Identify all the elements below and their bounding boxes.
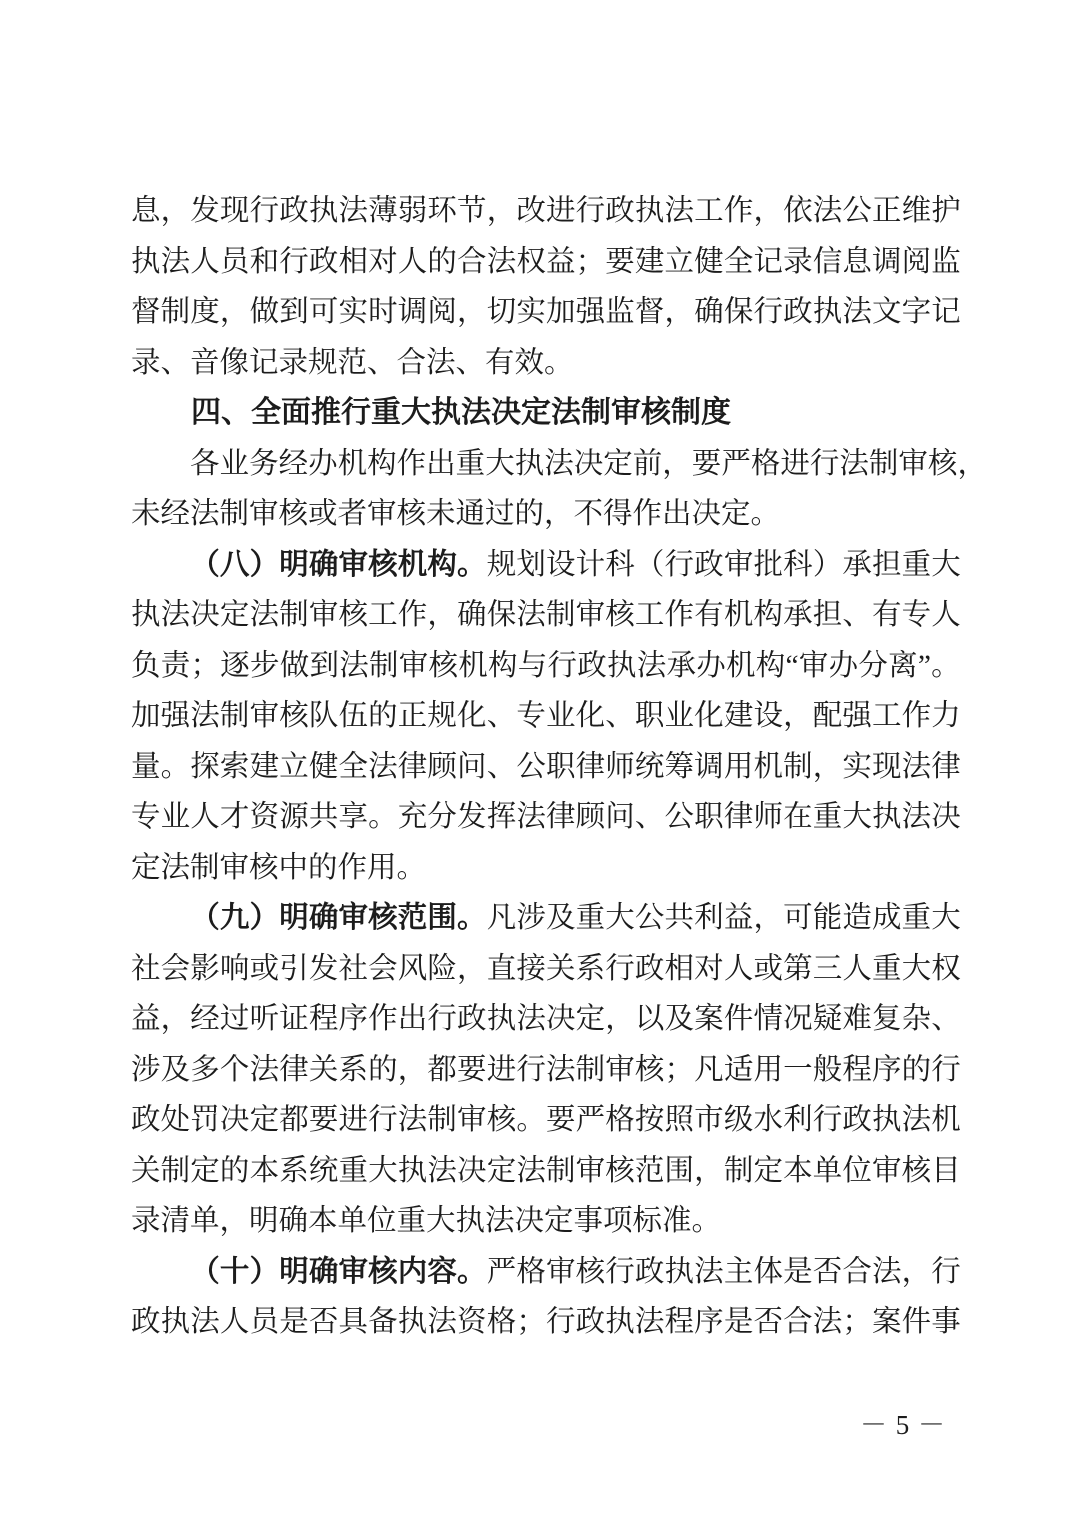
document-body: 息，发现行政执法薄弱环节，改进行政执法工作，依法公正维护执法人员和行政相对人的合… [131,186,961,1348]
text-line: 各业务经办机构作出重大执法决定前，要严格进行法制审核， [131,439,961,490]
text-line: 关制定的本系统重大执法决定法制审核范围，制定本单位审核目 [131,1146,961,1197]
document-page: 息，发现行政执法薄弱环节，改进行政执法工作，依法公正维护执法人员和行政相对人的合… [0,0,1074,1520]
text-line: （十）明确审核内容。严格审核行政执法主体是否合法，行 [131,1247,961,1298]
text-line: 执法决定法制审核工作，确保法制审核工作有机构承担、有专人 [131,590,961,641]
text-line: 录、音像记录规范、合法、有效。 [131,338,961,389]
text-line: 涉及多个法律关系的，都要进行法制审核；凡适用一般程序的行 [131,1045,961,1096]
text-line: 政处罚决定都要进行法制审核。要严格按照市级水利行政执法机 [131,1095,961,1146]
text-line: （九）明确审核范围。凡涉及重大公共利益，可能造成重大 [131,893,961,944]
text-line: （八）明确审核机构。规划设计科（行政审批科）承担重大 [131,540,961,591]
page-number: － 5 － [860,1402,946,1448]
text-line: 负责；逐步做到法制审核机构与行政执法承办机构“审办分离”。 [131,641,961,692]
text-line: 执法人员和行政相对人的合法权益；要建立健全记录信息调阅监 [131,237,961,288]
text-line: 息，发现行政执法薄弱环节，改进行政执法工作，依法公正维护 [131,186,961,237]
text-line: 督制度，做到可实时调阅，切实加强监督，确保行政执法文字记 [131,287,961,338]
text-line: 未经法制审核或者审核未通过的，不得作出决定。 [131,489,961,540]
text-line: 量。探索建立健全法律顾问、公职律师统筹调用机制，实现法律 [131,742,961,793]
text-line: 政执法人员是否具备执法资格；行政执法程序是否合法；案件事 [131,1297,961,1348]
text-line: 定法制审核中的作用。 [131,843,961,894]
text-line: 加强法制审核队伍的正规化、专业化、职业化建设，配强工作力 [131,691,961,742]
text-line: 录清单，明确本单位重大执法决定事项标准。 [131,1196,961,1247]
text-line: 社会影响或引发社会风险，直接关系行政相对人或第三人重大权 [131,944,961,995]
section-heading: 四、全面推行重大执法决定法制审核制度 [131,388,961,439]
text-line: 专业人才资源共享。充分发挥法律顾问、公职律师在重大执法决 [131,792,961,843]
text-line: 益，经过听证程序作出行政执法决定，以及案件情况疑难复杂、 [131,994,961,1045]
